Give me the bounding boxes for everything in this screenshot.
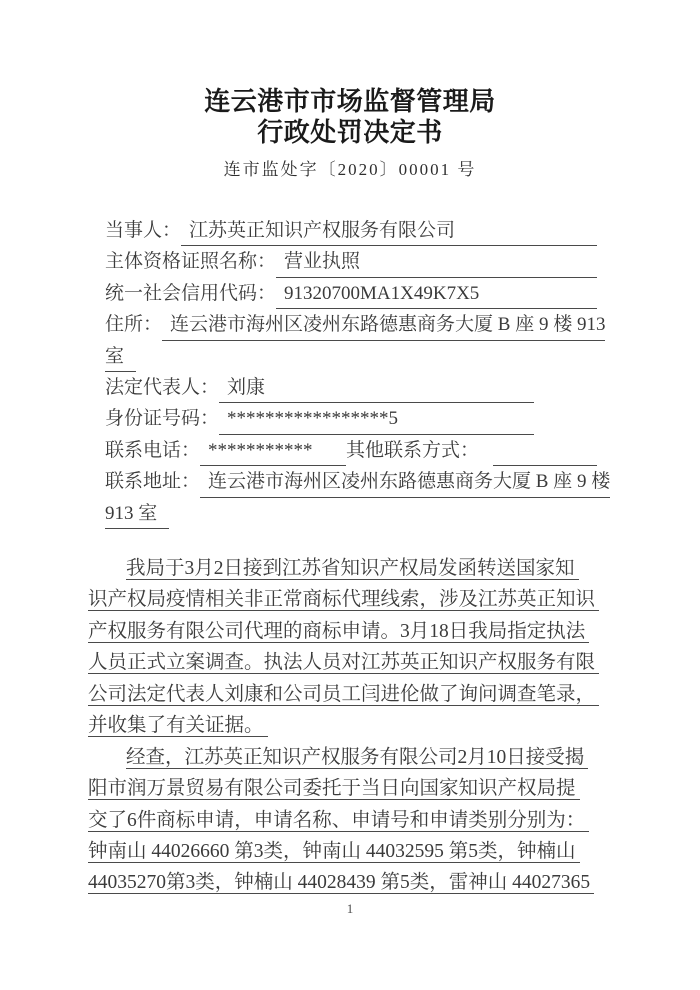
paragraph-line: 44035270第3类，钟楠山 44028439 第5类，雷神山 4402736… [88, 867, 597, 898]
paragraph-line: 交了6件商标申请，申请名称、申请号和申请类别分别为： [88, 805, 597, 836]
document-page: 连云港市市场监督管理局 行政处罚决定书 连市监处字〔2020〕00001 号 当… [0, 0, 700, 990]
paragraph-line-text: 产权服务有限公司代理的商标申请。3月18日我局指定执法 [88, 621, 589, 643]
paragraph-line-text: 识产权局疫情相关非正常商标代理线索，涉及江苏英正知识 [88, 589, 599, 611]
paragraph-line-text: 我局于3月2日接到江苏省知识产权局发函转送国家知 [126, 558, 579, 580]
id-number-label: 身份证号码： [105, 403, 219, 434]
paragraph-1: 我局于3月2日接到江苏省知识产权局发函转送国家知 识产权局疫情相关非正常商标代理… [88, 553, 597, 742]
address-label: 住所： [105, 309, 162, 340]
paragraph-line-text: 并收集了有关证据。 [88, 715, 268, 737]
paragraph-line-text: 公司法定代表人刘康和公司员工闫进伦做了询问调查笔录， [88, 684, 599, 706]
paragraph-line: 阳市润万景贸易有限公司委托于当日向国家知识产权局提 [88, 773, 597, 804]
party-row: 当事人： 江苏英正知识产权服务有限公司 [105, 215, 597, 246]
credit-code-label: 统一社会信用代码： [105, 278, 276, 309]
paragraph-line: 人员正式立案调查。执法人员对江苏英正知识产权服务有限 [88, 647, 597, 678]
fields-section: 当事人： 江苏英正知识产权服务有限公司 主体资格证照名称： 营业执照 统一社会信… [105, 215, 597, 529]
doc-number: 连市监处字〔2020〕00001 号 [0, 159, 700, 181]
license-value: 营业执照 [276, 246, 597, 277]
credit-code-value: 91320700MA1X49K7X5 [276, 278, 597, 309]
paragraph-line: 识产权局疫情相关非正常商标代理线索，涉及江苏英正知识 [88, 584, 597, 615]
page-number: 1 [0, 901, 700, 917]
paragraph-2: 经查，江苏英正知识产权服务有限公司2月10日接受揭 阳市润万景贸易有限公司委托于… [88, 742, 597, 899]
phone-label: 联系电话： [105, 435, 200, 466]
credit-code-row: 统一社会信用代码： 91320700MA1X49K7X5 [105, 278, 597, 309]
paragraph-line-text: 经查，江苏英正知识产权服务有限公司2月10日接受揭 [126, 747, 588, 769]
contact-address-row-1: 联系地址： 连云港市海州区凌州东路德惠商务大厦 B 座 9 楼 [105, 466, 597, 497]
doc-type-title: 行政处罚决定书 [0, 117, 700, 148]
paragraph-line-text: 人员正式立案调查。执法人员对江苏英正知识产权服务有限 [88, 652, 599, 674]
legal-rep-label: 法定代表人： [105, 372, 219, 403]
doc-header: 连云港市市场监督管理局 行政处罚决定书 连市监处字〔2020〕00001 号 [0, 86, 700, 181]
legal-rep-value: 刘康 [219, 372, 534, 403]
paragraph-line-text: 44035270第3类，钟楠山 44028439 第5类，雷神山 4402736… [88, 872, 594, 894]
address-row-1: 住所： 连云港市海州区凌州东路德惠商务大厦 B 座 9 楼 913 [105, 309, 597, 340]
address-value-line1: 连云港市海州区凌州东路德惠商务大厦 B 座 9 楼 913 [162, 309, 605, 340]
other-contact-label: 其他联系方式： [346, 435, 479, 466]
phone-row: 联系电话： *********** 其他联系方式： [105, 435, 597, 466]
body-section: 我局于3月2日接到江苏省知识产权局发函转送国家知 识产权局疫情相关非正常商标代理… [88, 553, 597, 899]
contact-address-label: 联系地址： [105, 466, 200, 497]
party-value: 江苏英正知识产权服务有限公司 [181, 215, 597, 246]
paragraph-line: 我局于3月2日接到江苏省知识产权局发函转送国家知 [126, 553, 597, 584]
paragraph-line: 公司法定代表人刘康和公司员工闫进伦做了询问调查笔录， [88, 679, 597, 710]
contact-address-value-line1: 连云港市海州区凌州东路德惠商务大厦 B 座 9 楼 [200, 466, 610, 497]
paragraph-line: 并收集了有关证据。 [88, 710, 597, 741]
contact-address-row-2: 913 室 [105, 498, 597, 529]
address-value-line2: 室 [105, 341, 136, 372]
license-label: 主体资格证照名称： [105, 246, 276, 277]
paragraph-line-text: 阳市润万景贸易有限公司委托于当日向国家知识产权局提 [88, 778, 580, 800]
paragraph-line-text: 钟南山 44026660 第3类，钟南山 44032595 第5类，钟楠山 [88, 841, 580, 863]
org-title: 连云港市市场监督管理局 [0, 86, 700, 117]
address-row-2: 室 [105, 341, 597, 372]
paragraph-line: 经查，江苏英正知识产权服务有限公司2月10日接受揭 [126, 742, 597, 773]
id-number-row: 身份证号码： *****************5 [105, 403, 597, 434]
id-number-value: *****************5 [219, 403, 534, 434]
phone-value: *********** [200, 435, 346, 466]
license-row: 主体资格证照名称： 营业执照 [105, 246, 597, 277]
contact-address-value-line2: 913 室 [105, 498, 169, 529]
other-contact-value [493, 435, 597, 466]
paragraph-line: 钟南山 44026660 第3类，钟南山 44032595 第5类，钟楠山 [88, 836, 597, 867]
paragraph-line-text: 交了6件商标申请，申请名称、申请号和申请类别分别为： [88, 810, 589, 832]
paragraph-line: 产权服务有限公司代理的商标申请。3月18日我局指定执法 [88, 616, 597, 647]
legal-rep-row: 法定代表人： 刘康 [105, 372, 597, 403]
party-label: 当事人： [105, 215, 181, 246]
